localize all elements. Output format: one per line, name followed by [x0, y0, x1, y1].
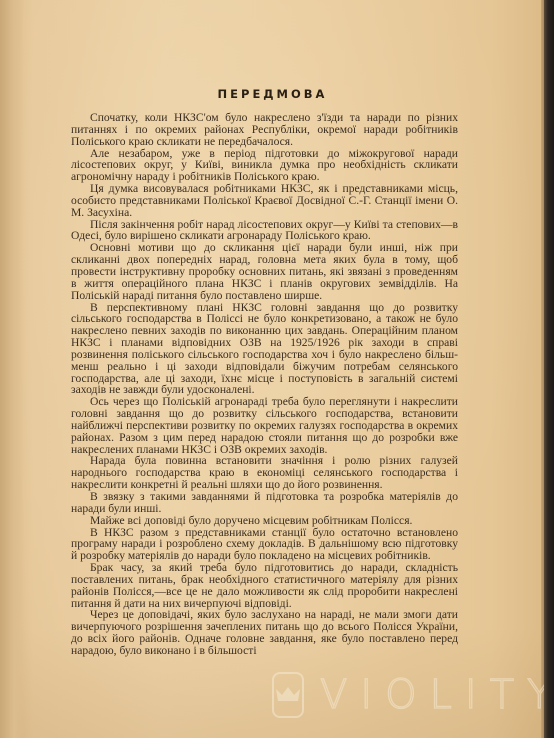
paragraph: В перспективному плані НКЗС головні завд…	[71, 302, 458, 397]
watermark: VIOLITY	[272, 667, 548, 723]
paragraph: В звязку з такими завданнями й підготовк…	[71, 491, 458, 515]
paragraph: Після закінчення робіт нарад лісостепови…	[71, 219, 458, 243]
crown-icon	[272, 672, 304, 718]
book-binding	[544, 0, 554, 738]
paragraph: Брак часу, за який треба було підготовит…	[71, 562, 458, 609]
body-text: Спочатку, коли НКЗС'ом було накреслено з…	[71, 112, 458, 657]
paragraph: В НКЗС разом з представниками станції бу…	[71, 527, 458, 563]
book-page: ПЕРЕДМОВА Спочатку, коли НКЗС'ом було на…	[0, 0, 545, 738]
paragraph: Ця думка висовувалася робітниками НКЗС, …	[71, 183, 458, 219]
page-title: ПЕРЕДМОВА	[0, 87, 545, 101]
paragraph: Майже всі доповіді було доручено місцеви…	[71, 515, 458, 527]
paragraph: Нарада була повинна встановити значіння …	[71, 455, 458, 491]
paragraph: Ось через що Поліській агронараді треба …	[71, 396, 458, 455]
paragraph: Але незабаром, уже в період підготовки д…	[71, 148, 458, 184]
page-gutter-shadow	[0, 0, 24, 738]
paragraph: Через це доповідачі, яких було заслухано…	[71, 609, 458, 656]
watermark-text: VIOLITY	[320, 672, 554, 718]
paragraph: Основні мотиви що до скликання цієї нара…	[71, 242, 458, 301]
paragraph: Спочатку, коли НКЗС'ом було накреслено з…	[71, 112, 458, 148]
